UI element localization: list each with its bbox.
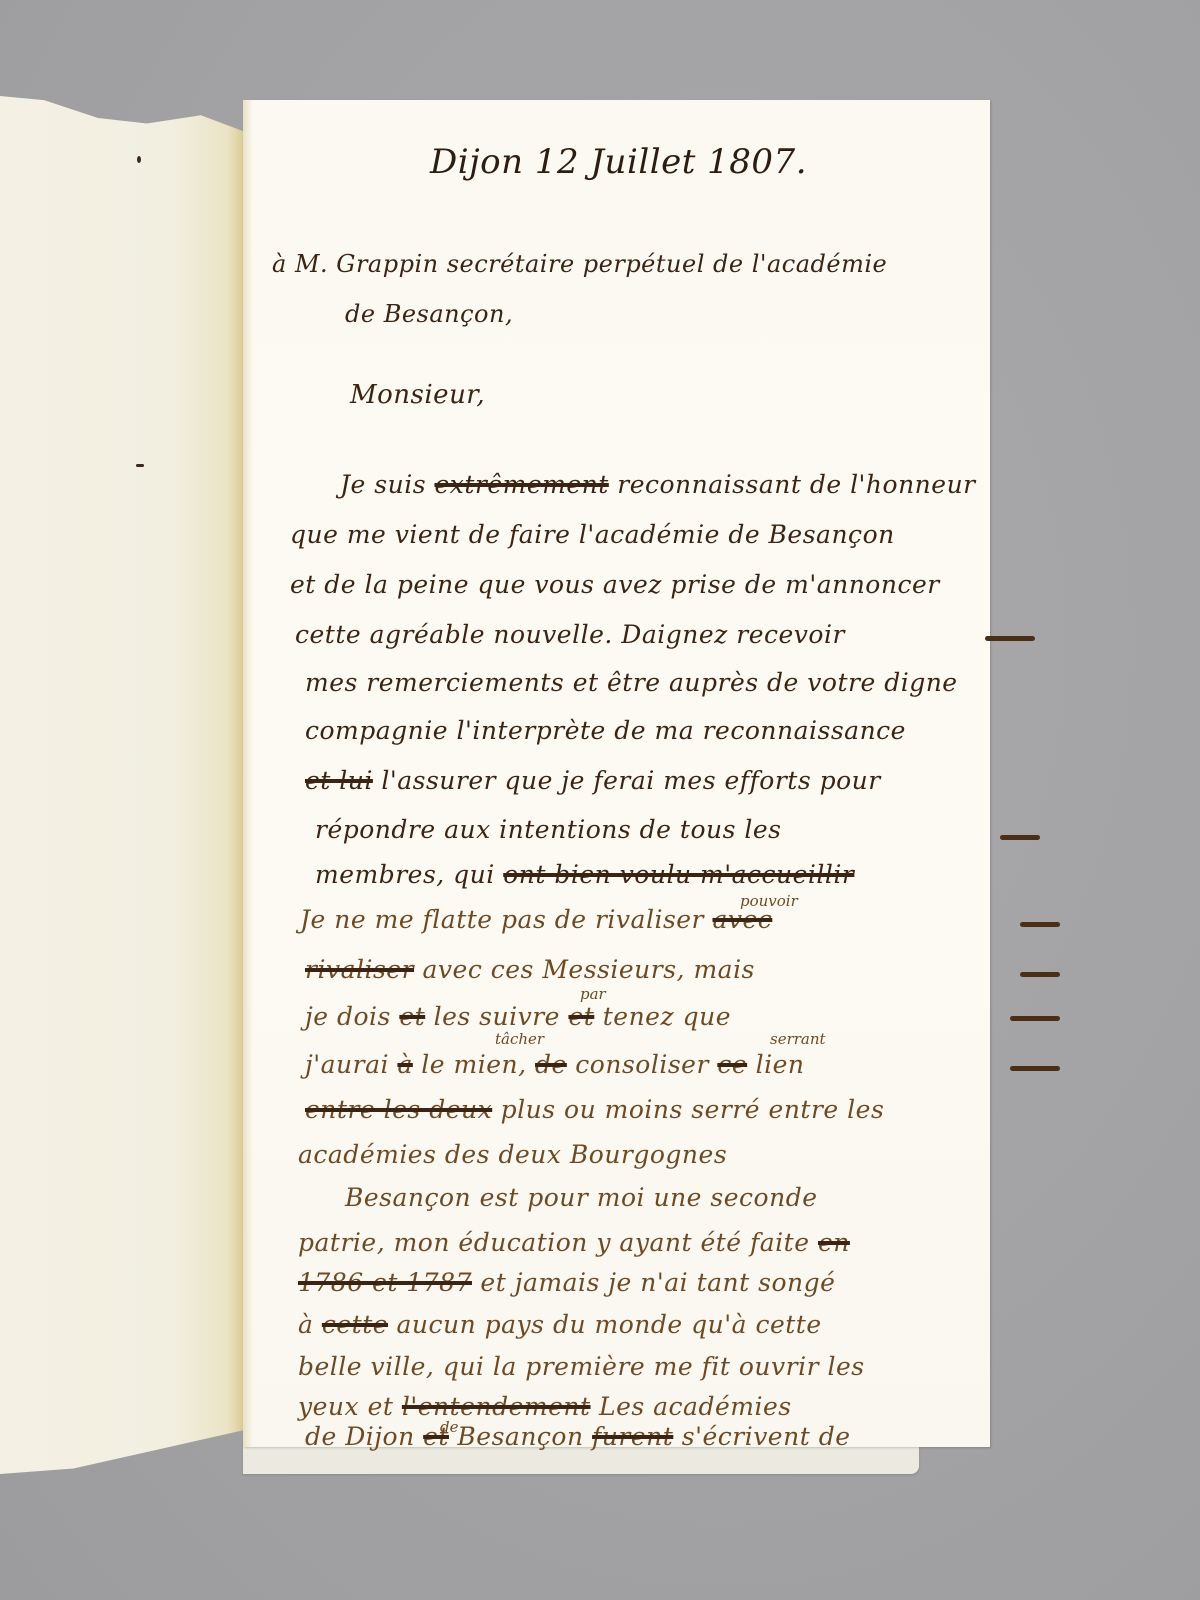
gutter-shadow: [243, 100, 253, 1447]
line-text: et jamais je n'ai tant songé: [472, 1268, 835, 1297]
body-line-15: académies des deux Bourgognes: [298, 1140, 727, 1169]
date-text: Dijon 12 Juillet 1807.: [430, 142, 807, 182]
body-line-9: membres, qui ont bien voulu m'accueillir: [315, 860, 854, 889]
line-text: reconnaissant de l'honneur: [609, 470, 976, 499]
line-filler-stroke: [1020, 922, 1060, 927]
body-line-5: mes remerciements et être auprès de votr…: [305, 668, 958, 697]
body-line-10: Je ne me flatte pas de rivaliser avec: [300, 905, 772, 934]
struck-text: et: [399, 1002, 425, 1031]
body-line-14: entre les deux plus ou moins serré entre…: [305, 1095, 884, 1124]
line-text: Besançon est pour moi une seconde: [345, 1183, 818, 1212]
line-text: de Dijon: [305, 1422, 423, 1451]
body-line-3: et de la peine que vous avez prise de m'…: [290, 570, 940, 599]
struck-text: et: [568, 1002, 594, 1031]
struck-text: ont bien voulu m'accueillir: [503, 860, 854, 889]
line-text: l'assurer que je ferai mes efforts pour: [373, 766, 881, 795]
insertion-tacher: tâcher: [495, 1030, 544, 1048]
insertion-par: par: [580, 985, 606, 1003]
body-line-16: Besançon est pour moi une seconde: [345, 1183, 818, 1212]
body-line-19: à cette aucun pays du monde qu'à cette: [298, 1310, 822, 1339]
line-text: cette agréable nouvelle. Daignez recevoi…: [295, 620, 845, 649]
line-text: compagnie l'interprète de ma reconnaissa…: [305, 716, 906, 745]
line-text: le mien,: [413, 1050, 535, 1079]
struck-text: 1786 et 1787: [298, 1268, 472, 1297]
struck-text: furent: [592, 1422, 673, 1451]
struck-text: à: [397, 1050, 412, 1079]
struck-text: et: [423, 1422, 449, 1451]
body-line-11: rivaliser avec ces Messieurs, mais: [305, 955, 755, 984]
date-line: Dijon 12 Juillet 1807.: [430, 142, 807, 182]
line-text: et de la peine que vous avez prise de m'…: [290, 570, 940, 599]
struck-text: rivaliser: [305, 955, 414, 984]
body-line-12: je dois et les suivre et tenez que: [305, 1002, 731, 1031]
body-line-2: que me vient de faire l'académie de Besa…: [290, 520, 895, 549]
struck-text: ce: [717, 1050, 747, 1079]
line-filler-stroke: [1010, 1066, 1060, 1071]
ink-speck: [137, 156, 141, 163]
line-text: s'écrivent de: [673, 1422, 850, 1451]
body-line-20: belle ville, qui la première me fit ouvr…: [298, 1352, 865, 1381]
body-line-7: et lui l'assurer que je ferai mes effort…: [305, 766, 881, 795]
line-text: Besançon: [449, 1422, 592, 1451]
line-text: membres, qui: [315, 860, 503, 889]
struck-text: entre les deux: [305, 1095, 492, 1124]
addressee-text-2: de Besançon,: [345, 300, 513, 328]
line-text: lien: [747, 1050, 804, 1079]
addressee-text-1: à M. Grappin secrétaire perpétuel de l'a…: [272, 250, 887, 278]
line-text: à: [298, 1310, 322, 1339]
line-text: académies des deux Bourgognes: [298, 1140, 727, 1169]
left-facing-page: [0, 96, 245, 1474]
line-text: répondre aux intentions de tous les: [315, 815, 782, 844]
line-filler-stroke: [1000, 835, 1040, 840]
body-line-1: Je suis extrêmement reconnaissant de l'h…: [340, 470, 976, 499]
line-text: Je ne me flatte pas de rivaliser: [300, 905, 712, 934]
addressee-line-1: à M. Grappin secrétaire perpétuel de l'a…: [272, 250, 887, 278]
line-text: mes remerciements et être auprès de votr…: [305, 668, 958, 697]
line-text: j'aurai: [305, 1050, 397, 1079]
ink-speck: [136, 464, 144, 467]
body-line-18: 1786 et 1787 et jamais je n'ai tant song…: [298, 1268, 835, 1297]
salutation-text: Monsieur,: [350, 380, 485, 410]
body-line-6: compagnie l'interprète de ma reconnaissa…: [305, 716, 906, 745]
struck-text: et lui: [305, 766, 373, 795]
body-line-22: de Dijon et Besançon furent s'écrivent d…: [305, 1422, 851, 1451]
struck-text: cette: [322, 1310, 388, 1339]
addressee-line-2: de Besançon,: [345, 300, 513, 328]
line-text: que me vient de faire l'académie de Besa…: [290, 520, 895, 549]
line-text: yeux et: [298, 1392, 402, 1421]
line-text: avec ces Messieurs, mais: [414, 955, 755, 984]
line-filler-stroke: [1010, 1016, 1060, 1021]
body-line-13: j'aurai à le mien, de consoliser ce lien: [305, 1050, 804, 1079]
line-text: belle ville, qui la première me fit ouvr…: [298, 1352, 865, 1381]
line-text: aucun pays du monde qu'à cette: [388, 1310, 822, 1339]
line-text: patrie, mon éducation y ayant été faite: [298, 1228, 818, 1257]
body-line-4: cette agréable nouvelle. Daignez recevoi…: [295, 620, 845, 649]
struck-text: avec: [712, 905, 772, 934]
insertion-serrant: serrant: [770, 1030, 826, 1048]
line-text: consoliser: [567, 1050, 718, 1079]
struck-text: l'entendement: [402, 1392, 591, 1421]
salutation: Monsieur,: [350, 380, 485, 410]
line-text: plus ou moins serré entre les: [492, 1095, 884, 1124]
line-filler-stroke: [985, 636, 1035, 641]
struck-text: de: [535, 1050, 567, 1079]
line-filler-stroke: [1020, 972, 1060, 977]
line-text: je dois: [305, 1002, 399, 1031]
body-line-8: répondre aux intentions de tous les: [315, 815, 782, 844]
body-line-21: yeux et l'entendement Les académies: [298, 1392, 792, 1421]
line-text: Les académies: [591, 1392, 792, 1421]
line-text: Je suis: [340, 470, 434, 499]
line-text: tenez que: [594, 1002, 731, 1031]
line-text: les suivre: [425, 1002, 568, 1031]
body-line-17: patrie, mon éducation y ayant été faite …: [298, 1228, 850, 1257]
struck-text: en: [818, 1228, 850, 1257]
struck-text: extrêmement: [434, 470, 608, 499]
